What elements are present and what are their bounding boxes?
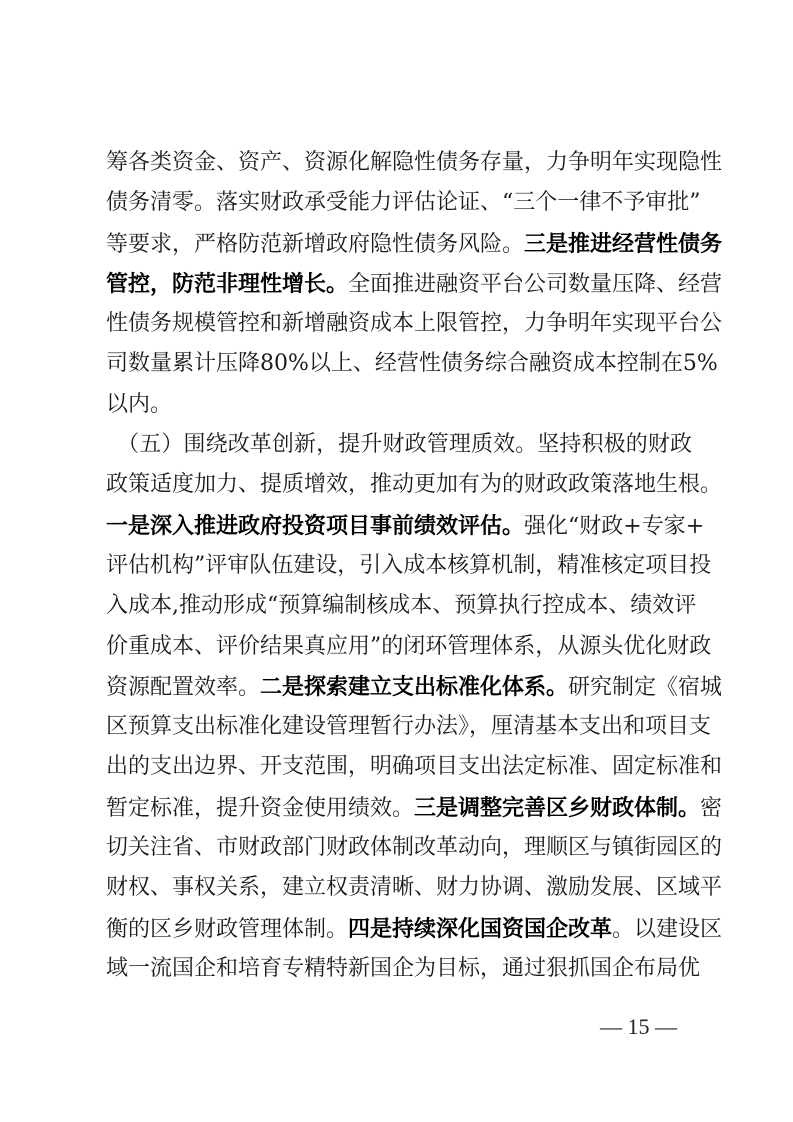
text-line: 以内。 — [106, 385, 692, 425]
text-line: 域一流国企和培育专精特新国企为目标，通过狠抓国企布局优 — [106, 949, 692, 989]
text-line: 管控，防范非理性增长。全面推进融资平台公司数量压降、经营 — [106, 264, 692, 304]
body-text-segment: 以内。 — [106, 392, 172, 417]
body-text-segment: 等要求，严格防范新增政府隐性债务风险。 — [106, 232, 524, 257]
text-line: 性债务规模管控和新增融资成本上限管控，力争明年实现平台公 — [106, 304, 692, 344]
body-text-segment: 切关注省、市财政部门财政体制改革动向，理顺区与镇街园区的 — [106, 835, 722, 860]
body-text: 筹各类资金、资产、资源化解隐性债务存量，力争明年实现隐性债务清零。落实财政承受能… — [106, 143, 692, 989]
body-text-segment: 密 — [700, 796, 722, 821]
text-line: 财权、事权关系，建立权责清晰、财力协调、激励发展、区域平 — [106, 868, 692, 908]
body-text-segment: 强化“财政+专家+ — [524, 514, 704, 539]
document-page: 筹各类资金、资产、资源化解隐性债务存量，力争明年实现隐性债务清零。落实财政承受能… — [0, 0, 793, 1122]
text-line: 等要求，严格防范新增政府隐性债务风险。三是推进经营性债务 — [106, 224, 692, 264]
body-text-segment: 区预算支出标准化建设管理暂行办法》，厘清基本支出和项目支 — [106, 714, 711, 739]
text-line: （五）围绕改革创新，提升财政管理质效。坚持积极的财政 — [106, 425, 692, 465]
body-text-segment: 司数量累计压降80%以上、经营性债务综合融资成本控制在5% — [106, 351, 718, 376]
bold-heading-text: 四是持续深化国资国企改革 — [348, 916, 612, 942]
text-line: 衡的区乡财政管理体制。四是持续深化国资国企改革。以建设区 — [106, 909, 692, 949]
body-text-segment: 。以建设区 — [612, 917, 722, 942]
body-text-segment: 域一流国企和培育专精特新国企为目标，通过狠抓国企布局优 — [106, 956, 700, 981]
text-line: 一是深入推进政府投资项目事前绩效评估。强化“财政+专家+ — [106, 506, 692, 546]
text-line: 切关注省、市财政部门财政体制改革动向，理顺区与镇街园区的 — [106, 828, 692, 868]
text-line: 入成本,推动形成“预算编制核成本、预算执行控成本、绩效评 — [106, 586, 692, 626]
body-text-segment: 全面推进融资平台公司数量压降、经营 — [348, 272, 722, 297]
bold-heading-text: 二是探索建立支出标准化体系。 — [260, 674, 568, 700]
body-text-segment: 评估机构”评审队伍建设，引入成本核算机制，精准核定项目投 — [106, 553, 711, 578]
text-line: 评估机构”评审队伍建设，引入成本核算机制，精准核定项目投 — [106, 546, 692, 586]
text-line: 价重成本、评价结果真应用”的闭环管理体系，从源头优化财政 — [106, 627, 692, 667]
text-line: 债务清零。落实财政承受能力评估论证、“三个一律不予审批” — [106, 183, 692, 223]
body-text-segment: 资源配置效率。 — [106, 675, 260, 700]
body-text-segment: 入成本,推动形成“预算编制核成本、预算执行控成本、绩效评 — [106, 593, 696, 618]
page-number: — 15 — — [600, 1014, 677, 1040]
text-line: 筹各类资金、资产、资源化解隐性债务存量，力争明年实现隐性 — [106, 143, 692, 183]
text-line: 出的支出边界、开支范围，明确项目支出法定标准、固定标准和 — [106, 747, 692, 787]
body-text-segment: 出的支出边界、开支范围，明确项目支出法定标准、固定标准和 — [106, 754, 722, 779]
body-text-segment: 财权、事权关系，建立权责清晰、财力协调、激励发展、区域平 — [106, 875, 722, 900]
body-text-segment: 暂定标准，提升资金使用绩效。 — [106, 796, 414, 821]
bold-heading-text: 三是调整完善区乡财政体制。 — [414, 795, 700, 821]
bold-heading-text: 一是深入推进政府投资项目事前绩效评估。 — [106, 513, 524, 539]
bold-heading-text: 管控，防范非理性增长。 — [106, 271, 348, 297]
text-line: 政策适度加力、提质增效，推动更加有为的财政政策落地生根。 — [106, 465, 692, 505]
text-line: 暂定标准，提升资金使用绩效。三是调整完善区乡财政体制。密 — [106, 788, 692, 828]
text-line: 司数量累计压降80%以上、经营性债务综合融资成本控制在5% — [106, 344, 692, 384]
text-line: 资源配置效率。二是探索建立支出标准化体系。研究制定《宿城 — [106, 667, 692, 707]
body-text-segment: 衡的区乡财政管理体制。 — [106, 917, 348, 942]
body-text-segment: 价重成本、评价结果真应用”的闭环管理体系，从源头优化财政 — [106, 634, 711, 659]
body-text-segment: 性债务规模管控和新增融资成本上限管控，力争明年实现平台公 — [106, 311, 722, 336]
body-text-segment: （五）围绕改革创新，提升财政管理质效。坚持积极的财政 — [106, 432, 692, 457]
body-text-segment: 政策适度加力、提质增效，推动更加有为的财政政策落地生根。 — [106, 472, 722, 497]
body-text-segment: 筹各类资金、资产、资源化解隐性债务存量，力争明年实现隐性 — [106, 150, 722, 175]
text-line: 区预算支出标准化建设管理暂行办法》，厘清基本支出和项目支 — [106, 707, 692, 747]
bold-heading-text: 三是推进经营性债务 — [524, 231, 722, 257]
body-text-segment: 债务清零。落实财政承受能力评估论证、“三个一律不予审批” — [106, 190, 701, 215]
body-text-segment: 研究制定《宿城 — [568, 675, 722, 700]
